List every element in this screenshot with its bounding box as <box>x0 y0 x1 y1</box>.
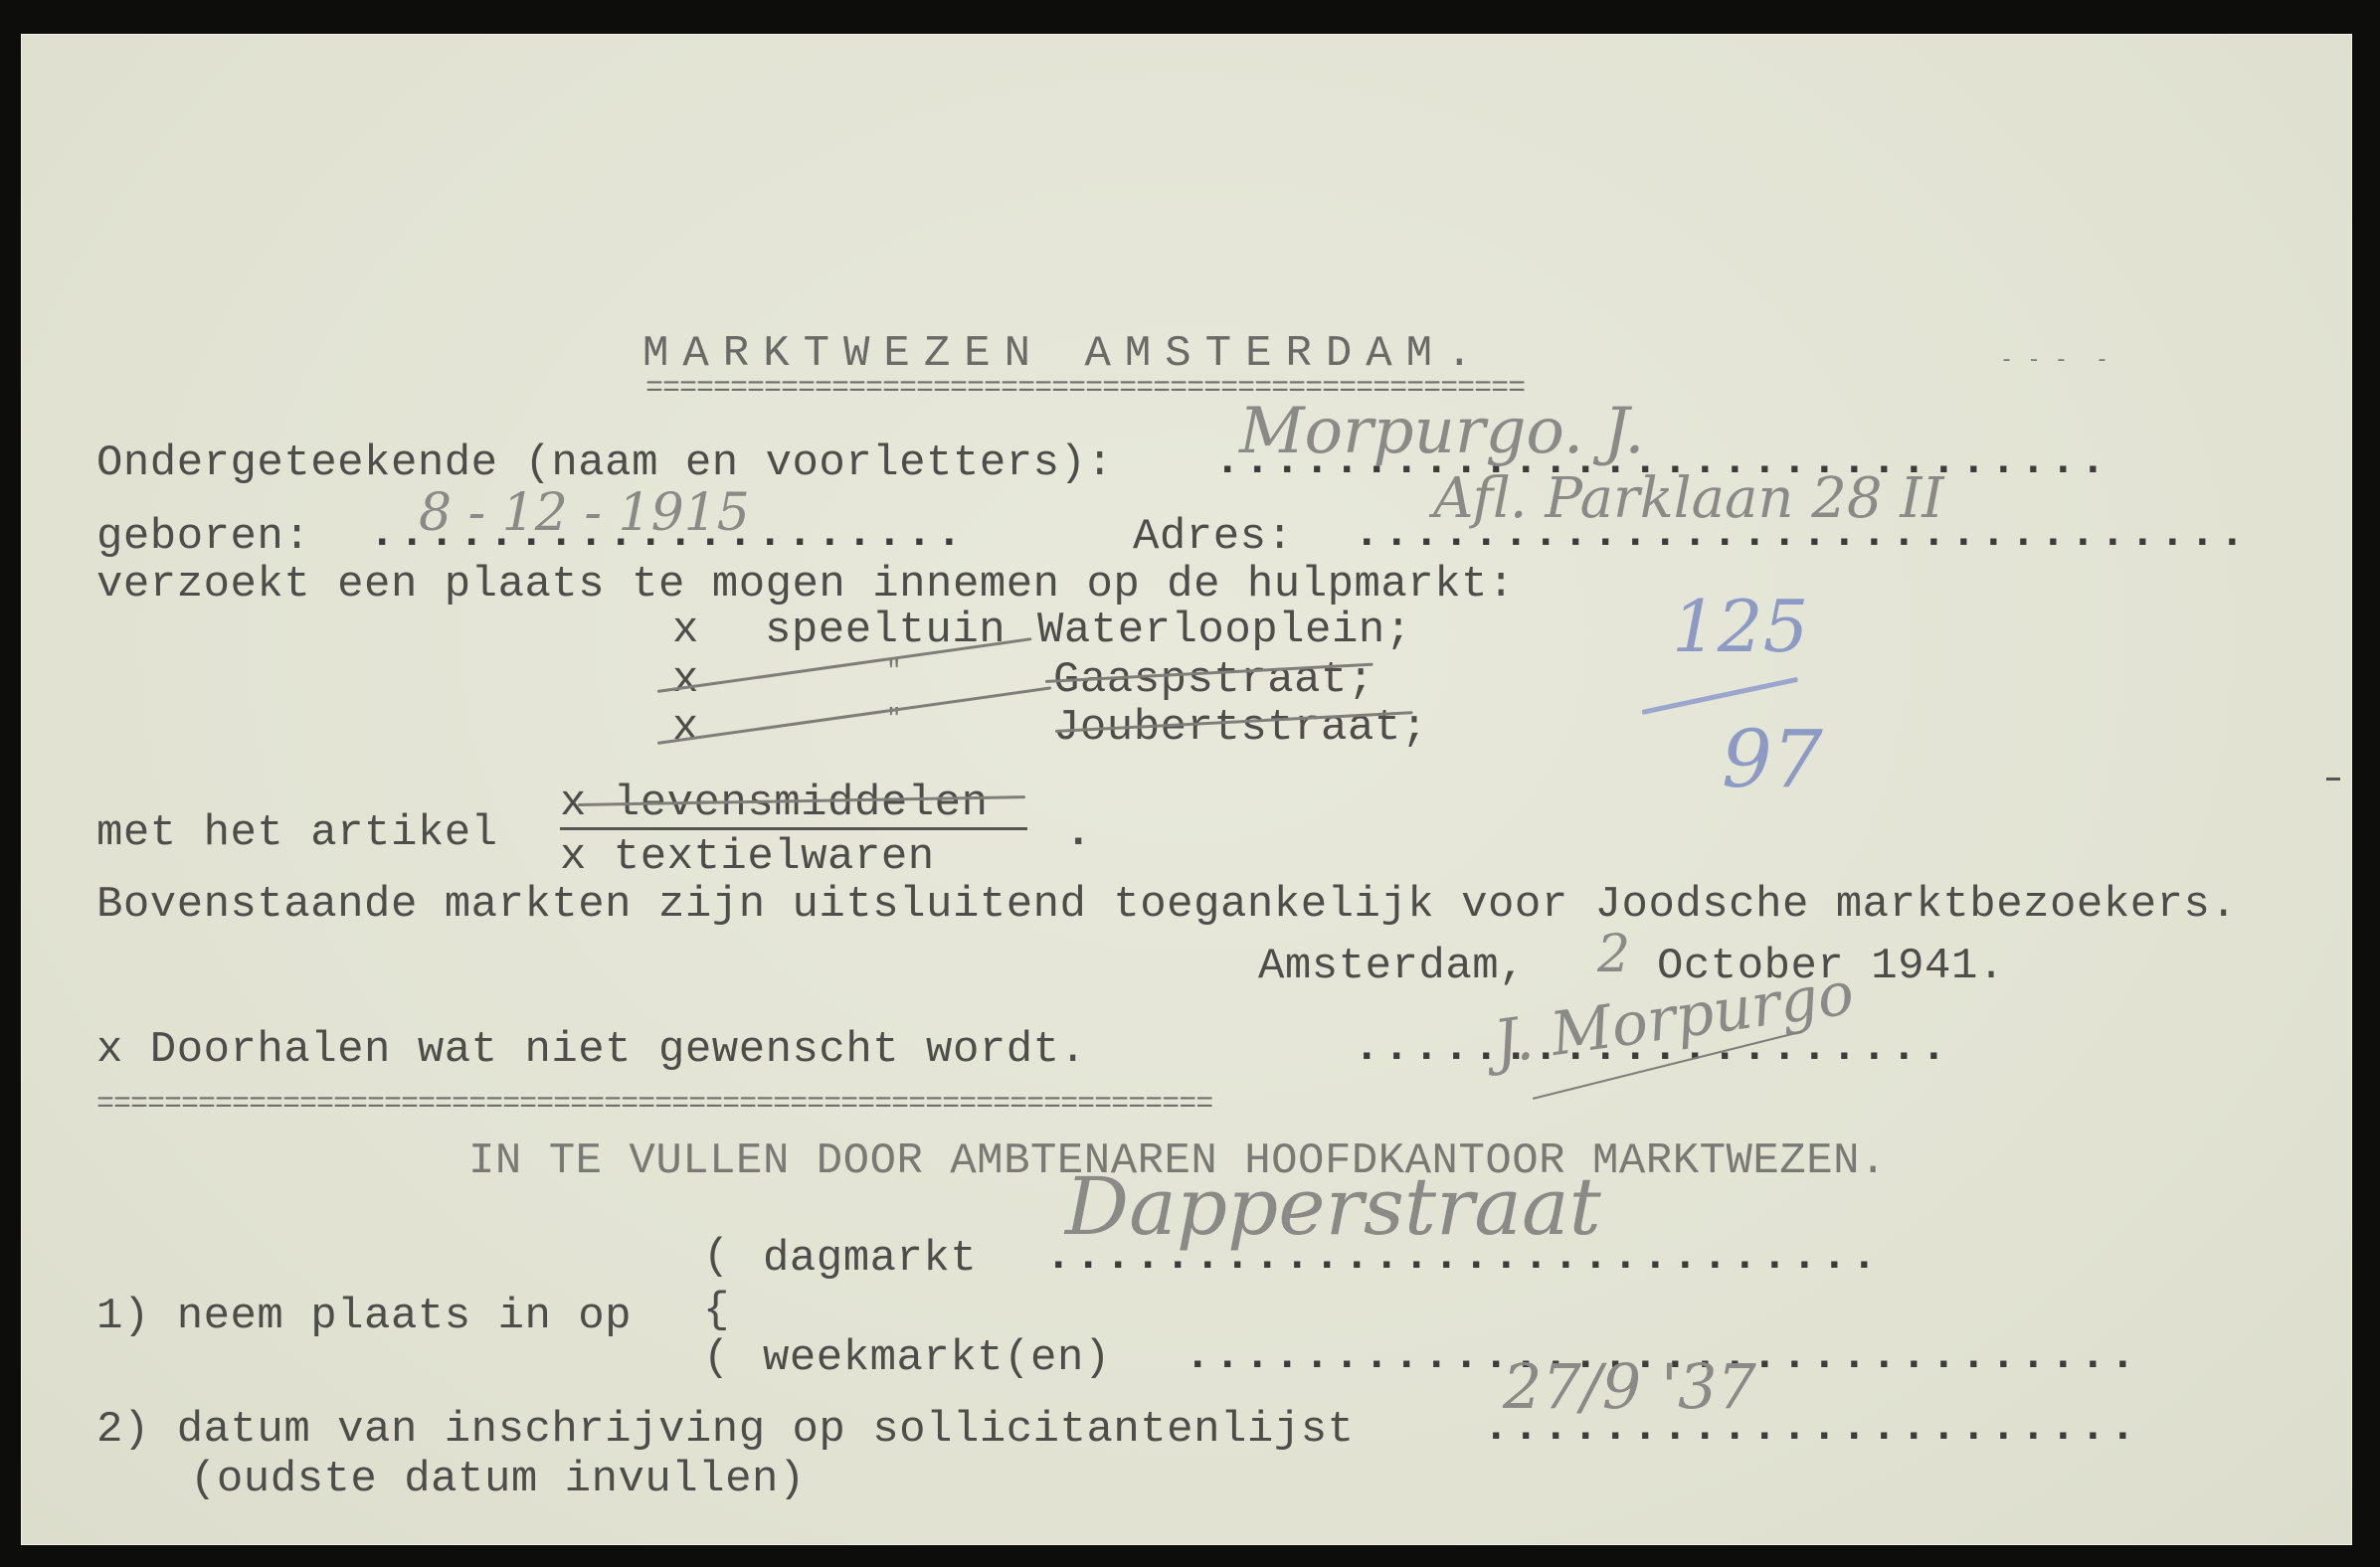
dagmarkt-value-handwritten[interactable]: Dapperstraat <box>1065 1167 1601 1247</box>
item2-sublabel: (oudste datum invullen) <box>190 1458 806 1501</box>
article-option-textile[interactable]: x textielwaren <box>560 835 935 879</box>
market-3-strikethrough <box>657 686 1052 745</box>
market-2-ditto: " <box>886 658 902 684</box>
article-divider <box>560 827 1027 830</box>
birth-date-handwritten[interactable]: 8 - 12 - 1915 <box>419 487 750 539</box>
place-label: Amsterdam, <box>1258 945 1526 988</box>
section-separator: ========================================… <box>96 1088 2304 1122</box>
market-1-mark[interactable]: x <box>672 609 699 652</box>
notice-text: Bovenstaande markten zijn uitsluitend to… <box>96 883 2237 927</box>
item1-label: 1) neem plaats in op <box>96 1295 632 1338</box>
item2-date-handwritten[interactable]: 27/9 '37 <box>1503 1356 1756 1418</box>
weekmarkt-label: weekmarkt(en) <box>763 1336 1111 1380</box>
dagmarkt-label: dagmarkt <box>763 1237 977 1281</box>
document-page: MARKTWEZEN AMSTERDAM. ==================… <box>21 34 2352 1545</box>
applicant-name-handwritten[interactable]: Morpurgo. J. <box>1239 400 1645 463</box>
reference-note-numerator: 125 <box>1672 591 1808 662</box>
footnote: x Doorhalen wat niet gewenscht wordt. <box>96 1028 1086 1072</box>
address-label: Adres: <box>1133 515 1293 559</box>
request-line: verzoekt een plaats te mogen innemen op … <box>96 563 1515 607</box>
market-3-mark[interactable]: x <box>672 706 699 750</box>
margin-marks: - - - - <box>2000 350 2109 372</box>
date-day-handwritten[interactable]: 2 <box>1597 929 1630 980</box>
article-label: met het artikel <box>96 811 498 855</box>
edge-mark <box>2326 778 2340 781</box>
market-1-name: Waterlooplein; <box>1037 609 1412 652</box>
brace-middle: { <box>703 1289 729 1332</box>
reference-note-denominator: 97 <box>1722 720 1823 799</box>
address-handwritten[interactable]: Afl. Parklaan 28 II <box>1433 471 1944 527</box>
market-2-mark[interactable]: x <box>672 658 699 702</box>
item2-label: 2) datum van inschrijving op sollicitant… <box>96 1408 1355 1452</box>
reference-note-fraction-bar <box>1641 677 1798 715</box>
brace-top: ( <box>703 1235 729 1279</box>
brace-bottom: ( <box>703 1336 729 1380</box>
applicant-label: Ondergeteekende (naam en voorletters): <box>96 441 1113 485</box>
birth-label: geboren: <box>96 515 310 559</box>
document-title: MARKTWEZEN AMSTERDAM. <box>642 332 1487 376</box>
article-end: . <box>1065 811 1092 855</box>
